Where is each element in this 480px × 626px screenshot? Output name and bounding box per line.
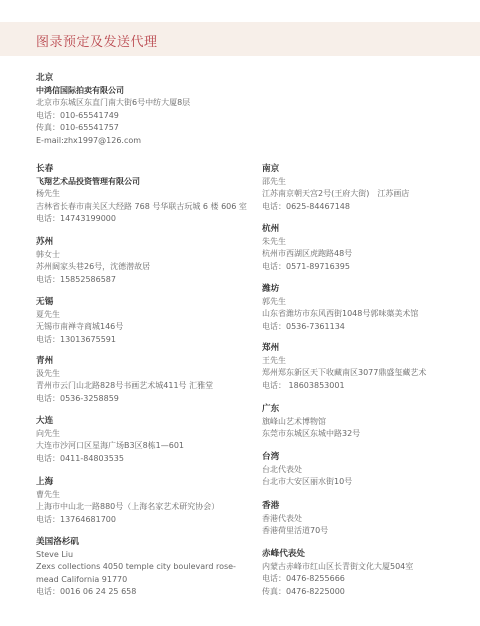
agent-entry-changchun: 长春 飞翔艺术品投资管理有限公司 杨先生 吉林省长春市南关区大经路 768 号华… [36, 163, 247, 226]
page-title: 图录预定及发送代理 [36, 31, 158, 50]
org-name: 旗峰山艺术博物馆 [262, 416, 360, 429]
address: 台北市大安区丽水街10号 [262, 476, 352, 489]
address: 郑州郑东新区天下收藏南区3077鼎盛玺藏艺术 [262, 367, 426, 380]
city-name: 台湾 [262, 451, 352, 464]
contact-person: 韩女士 [36, 249, 150, 262]
agent-entry-qingzhou: 青州 汲先生 青州市云门山北路828号书画艺术城411号 汇雅堂 电话：0536… [36, 355, 213, 405]
phone: 电话： 18603853001 [262, 380, 426, 393]
phone: 电话：0571-89716395 [262, 261, 352, 274]
address: 北京市东城区东直门南大街6号中纺大厦8层 [36, 97, 190, 110]
contact-person: 夏先生 [36, 309, 123, 322]
city-name: 上海 [36, 476, 219, 489]
contact-person: 汲先生 [36, 368, 213, 381]
agent-entry-chifeng: 赤峰代表处 内蒙古赤峰市红山区长青街文化大厦504室 电话：0476-82556… [262, 548, 413, 598]
phone: 电话：0476-8255666 [262, 573, 413, 586]
address: 东莞市东城区东城中路32号 [262, 428, 360, 441]
city-name: 长春 [36, 163, 247, 176]
address-continued: mead California 91770 [36, 574, 236, 587]
agent-entry-taiwan: 台湾 台北代表处 台北市大安区丽水街10号 [262, 451, 352, 489]
phone: 电话：13013675591 [36, 334, 123, 347]
org-name: 中鸿信国际拍卖有限公司 [36, 85, 190, 98]
city-name: 赤峰代表处 [262, 548, 413, 561]
address: Zexs collections 4050 temple city boulev… [36, 561, 236, 574]
agent-entry-dalian: 大连 向先生 大连市沙河口区星海广场B3区8栋1—601 电话：0411-848… [36, 415, 184, 465]
phone: 电话：0411-84803535 [36, 453, 184, 466]
org-name: 飞翔艺术品投资管理有限公司 [36, 176, 247, 189]
address: 上海市中山北一路880号（上海名家艺术研究协会） [36, 501, 219, 514]
header-banner: 图录预定及发送代理 [0, 22, 480, 56]
city-name: 北京 [36, 72, 190, 85]
contact-person: 杨先生 [36, 188, 247, 201]
agent-entry-hongkong: 香港 香港代表处 香港荷里活道70号 [262, 500, 328, 538]
city-name: 杭州 [262, 223, 352, 236]
fax: 传真：0476-8225000 [262, 586, 413, 599]
city-name: 郑州 [262, 342, 426, 355]
contact-person: 曹先生 [36, 489, 219, 502]
address: 江苏南京朝天宫2号(王府大街) 江苏画店 [262, 188, 409, 201]
agent-entry-beijing: 北京 中鸿信国际拍卖有限公司 北京市东城区东直门南大街6号中纺大厦8层 电话：0… [36, 72, 190, 147]
phone: 电话：0536-7361134 [262, 321, 418, 334]
phone: 电话：0625-84467148 [262, 201, 409, 214]
city-name: 香港 [262, 500, 328, 513]
phone: 电话：14743199000 [36, 213, 247, 226]
city-name: 美国洛杉矶 [36, 536, 236, 549]
address: 内蒙古赤峰市红山区长青街文化大厦504室 [262, 561, 413, 574]
phone: 电话：010-65541749 [36, 110, 190, 123]
address: 香港荷里活道70号 [262, 525, 328, 538]
address: 无锡市南禅寺商城146号 [36, 321, 123, 334]
agent-entry-weifang: 潍坊 郭先生 山东省潍坊市东风西街1048号郭味蕖美术馆 电话：0536-736… [262, 283, 418, 333]
agent-entry-shanghai: 上海 曹先生 上海市中山北一路880号（上海名家艺术研究协会） 电话：13764… [36, 476, 219, 526]
agent-entry-wuxi: 无锡 夏先生 无锡市南禅寺商城146号 电话：13013675591 [36, 296, 123, 346]
agent-entry-hangzhou: 杭州 朱先生 杭州市西湖区虎跑路48号 电话：0571-89716395 [262, 223, 352, 273]
agent-entry-guangdong: 广东 旗峰山艺术博物馆 东莞市东城区东城中路32号 [262, 403, 360, 441]
phone: 电话：15852586587 [36, 274, 150, 287]
phone: 电话：0536-3258859 [36, 393, 213, 406]
contact-person: 郭先生 [262, 296, 418, 309]
address: 青州市云门山北路828号书画艺术城411号 汇雅堂 [36, 380, 213, 393]
city-name: 青州 [36, 355, 213, 368]
city-name: 潍坊 [262, 283, 418, 296]
city-name: 无锡 [36, 296, 123, 309]
email-link[interactable]: E-mail:zhx1997@126.com [36, 135, 190, 148]
phone: 电话：13764681700 [36, 514, 219, 527]
city-name: 苏州 [36, 236, 150, 249]
agent-entry-los-angeles: 美国洛杉矶 Steve Liu Zexs collections 4050 te… [36, 536, 236, 599]
city-name: 南京 [262, 163, 409, 176]
city-name: 广东 [262, 403, 360, 416]
contact-person: 邵先生 [262, 176, 409, 189]
address: 杭州市西湖区虎跑路48号 [262, 248, 352, 261]
agent-entry-nanjing: 南京 邵先生 江苏南京朝天宫2号(王府大街) 江苏画店 电话：0625-8446… [262, 163, 409, 213]
contact-person: 朱先生 [262, 236, 352, 249]
contact-person: Steve Liu [36, 549, 236, 562]
address: 山东省潍坊市东风西街1048号郭味蕖美术馆 [262, 308, 418, 321]
org-name: 香港代表处 [262, 513, 328, 526]
address: 吉林省长春市南关区大经路 768 号华联古玩城 6 楼 606 室 [36, 201, 247, 214]
contact-person: 向先生 [36, 428, 184, 441]
contact-person: 王先生 [262, 355, 426, 368]
address: 大连市沙河口区星海广场B3区8栋1—601 [36, 440, 184, 453]
agent-entry-zhengzhou: 郑州 王先生 郑州郑东新区天下收藏南区3077鼎盛玺藏艺术 电话： 186038… [262, 342, 426, 392]
address: 苏州阔家头巷26号，沈德潜故居 [36, 261, 150, 274]
city-name: 大连 [36, 415, 184, 428]
phone: 电话：0016 06 24 25 658 [36, 586, 236, 599]
org-name: 台北代表处 [262, 464, 352, 477]
fax: 传真：010-65541757 [36, 122, 190, 135]
agent-entry-suzhou: 苏州 韩女士 苏州阔家头巷26号，沈德潜故居 电话：15852586587 [36, 236, 150, 286]
